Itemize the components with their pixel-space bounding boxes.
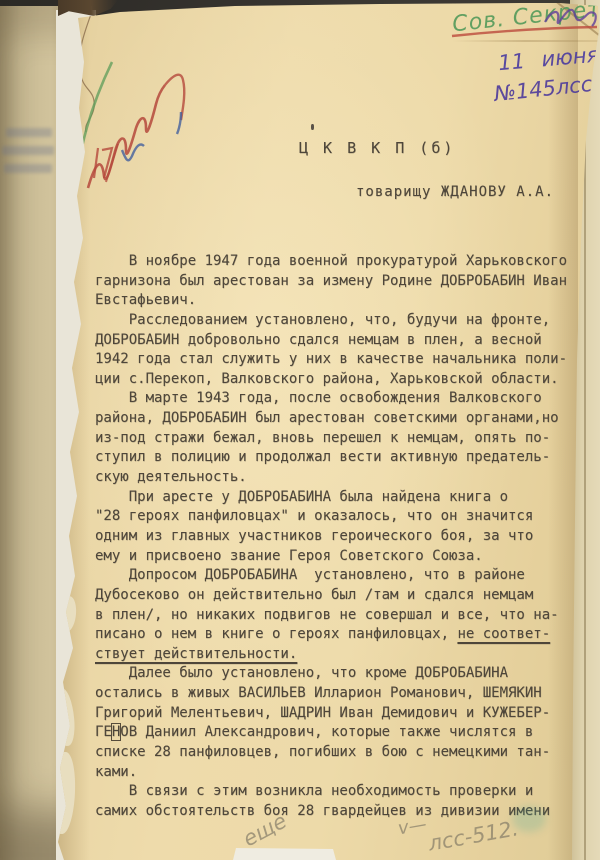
bleed-through-text (2, 146, 54, 155)
violet-corner-scribble (545, 10, 596, 26)
document-page: Ц К В К П (б) товарищу ЖДАНОВУ А.А. В но… (0, 0, 600, 860)
red-mark-1 (94, 148, 98, 178)
blue-signature-tail (177, 112, 181, 134)
red-signature-scrawl (88, 85, 165, 188)
scanned-document: Ц К В К П (б) товарищу ЖДАНОВУ А.А. В но… (0, 0, 600, 860)
handwritten-strokes (0, 0, 600, 860)
bleed-through-text (6, 128, 52, 137)
bleed-through-text (4, 164, 52, 173)
red-underline (452, 27, 597, 36)
